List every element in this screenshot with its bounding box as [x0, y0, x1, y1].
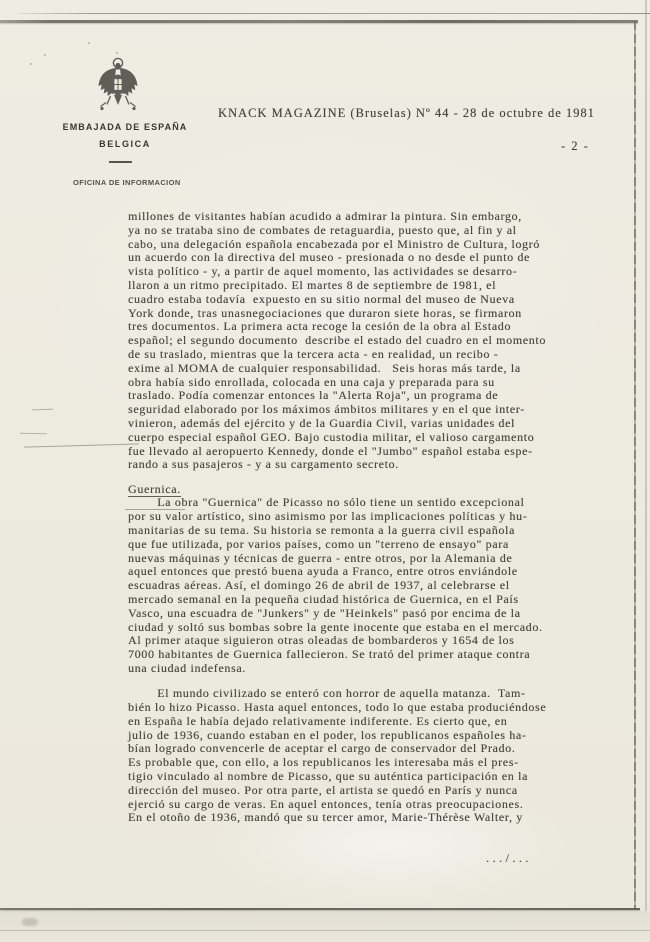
text-line: exime al MOMA de cualquier responsabilid… [128, 362, 640, 376]
text-line: En el otoño de 1936, mandó que su tercer… [128, 811, 640, 825]
text-line: millones de visitantes habían acudido a … [128, 210, 640, 224]
scan-border-top-thin [18, 13, 650, 14]
pencil-mark [24, 443, 139, 447]
paper-edge [645, 0, 647, 942]
text-line: 7000 habitantes de Guernica fallecieron.… [128, 648, 640, 662]
text-line: Vasco, una escuadra de "Junkers" y de "H… [128, 607, 640, 621]
scan-border-bottom [0, 908, 640, 910]
text-line: fue llevado al aeropuerto Kennedy, donde… [128, 445, 640, 459]
ink-smudge [22, 918, 38, 926]
embassy-name: EMBAJADA DE ESPAÑA [40, 122, 210, 132]
scan-border-bottom-faint [0, 930, 650, 931]
text-line: Al primer ataque siguieron otras oleadas… [128, 634, 640, 648]
scan-border-top [0, 20, 638, 23]
paragraph: La obra "Guernica" de Picasso no sólo ti… [128, 496, 640, 675]
scanner-bed-band [0, 911, 650, 942]
speck [116, 52, 118, 54]
text-line: Es probable que, con ello, a los republi… [128, 756, 640, 770]
text-line: El mundo civilizado se enteró con horror… [128, 687, 640, 701]
continuation-mark: .../... [486, 851, 532, 866]
text-line: llaron a un ritmo precipitado. El martes… [128, 279, 640, 293]
text-line: escuadras aéreas. Así, el domingo 26 de … [128, 579, 640, 593]
text-line: por su valor artístico, sino asimismo po… [128, 510, 640, 524]
letterhead-rule [109, 161, 132, 163]
text-line: tigio vinculado al nombre de Picasso, qu… [128, 770, 640, 784]
text-line: tres documentos. La primera acta recoge … [128, 320, 640, 334]
text-line: vinieron, además del ejército y de la Gu… [128, 417, 640, 431]
document-body: millones de visitantes habían acudido a … [128, 204, 640, 825]
text-line: dirección del museo. Por otra parte, el … [128, 784, 640, 798]
pencil-mark [20, 433, 47, 434]
paragraph: millones de visitantes habían acudido a … [128, 210, 640, 472]
page-number: - 2 - [561, 139, 589, 154]
text-line: un acuerdo con la directiva del museo - … [128, 251, 640, 265]
scanned-document-page: EMBAJADA DE ESPAÑA BELGICA OFICINA DE IN… [0, 0, 650, 942]
text-line: cuadro estaba todavía expuesto en su sit… [128, 293, 640, 307]
text-line: bién lo hizo Picasso. Hasta aquel entonc… [128, 701, 640, 715]
text-line: de su traslado, mientras que la tercera … [128, 348, 640, 362]
text-line: manitarias de su tema. Su historia se re… [128, 524, 640, 538]
paragraph: El mundo civilizado se enteró con horror… [128, 687, 640, 825]
text-line: seguridad elaborado por los máximos ámbi… [128, 403, 640, 417]
speck [44, 54, 46, 56]
text-line: en España le había dejado relativamente … [128, 715, 640, 729]
text-line: rando a sus pasajeros - y a su cargament… [128, 458, 640, 472]
text-line: mercado semanal en la pequeña ciudad his… [128, 593, 640, 607]
text-line: ya no se trataba sino de combates de ret… [128, 224, 640, 238]
text-line: que fue utilizada, por varios países, co… [128, 538, 640, 552]
text-line: cuerpo especial español GEO. Bajo custod… [128, 431, 640, 445]
text-line: vista político - y, a partir de aquel mo… [128, 265, 640, 279]
speck [88, 42, 90, 44]
section-heading-text: Guernica. [128, 482, 181, 497]
text-line: español; el segundo documento describe e… [128, 334, 640, 348]
spain-coat-of-arms-logo [94, 56, 142, 113]
text-line: York donde, tras unasnegociaciones que d… [128, 307, 640, 321]
text-line: cabo, una delegación española encabezada… [128, 238, 640, 252]
text-line: nuevas máquinas y técnicas de guerra - e… [128, 552, 640, 566]
reference-line: KNACK MAGAZINE (Bruselas) Nº 44 - 28 de … [218, 106, 595, 121]
embassy-country: BELGICA [40, 139, 210, 149]
text-line: ciudad y soltó sus bombas sobre la gente… [128, 621, 640, 635]
text-line: aquel entonces que prestó buena ayuda a … [128, 565, 640, 579]
section-heading: Guernica. [128, 483, 640, 497]
text-line: traslado. Podía comenzar entonces la "Al… [128, 389, 640, 403]
text-line: La obra "Guernica" de Picasso no sólo ti… [128, 496, 640, 510]
pencil-mark [32, 409, 53, 411]
text-line: obra había sido enrollada, colocada en u… [128, 376, 640, 390]
office-name: OFICINA DE INFORMACION [73, 178, 181, 187]
text-line: una ciudad indefensa. [128, 662, 640, 676]
text-line: bían logrado convencerle de aceptar el c… [128, 742, 640, 756]
text-line: julio de 1936, cuando estaban en el pode… [128, 729, 640, 743]
text-line: ejerció su cargo de veras. En aquel ento… [128, 798, 640, 812]
speck [30, 63, 32, 65]
